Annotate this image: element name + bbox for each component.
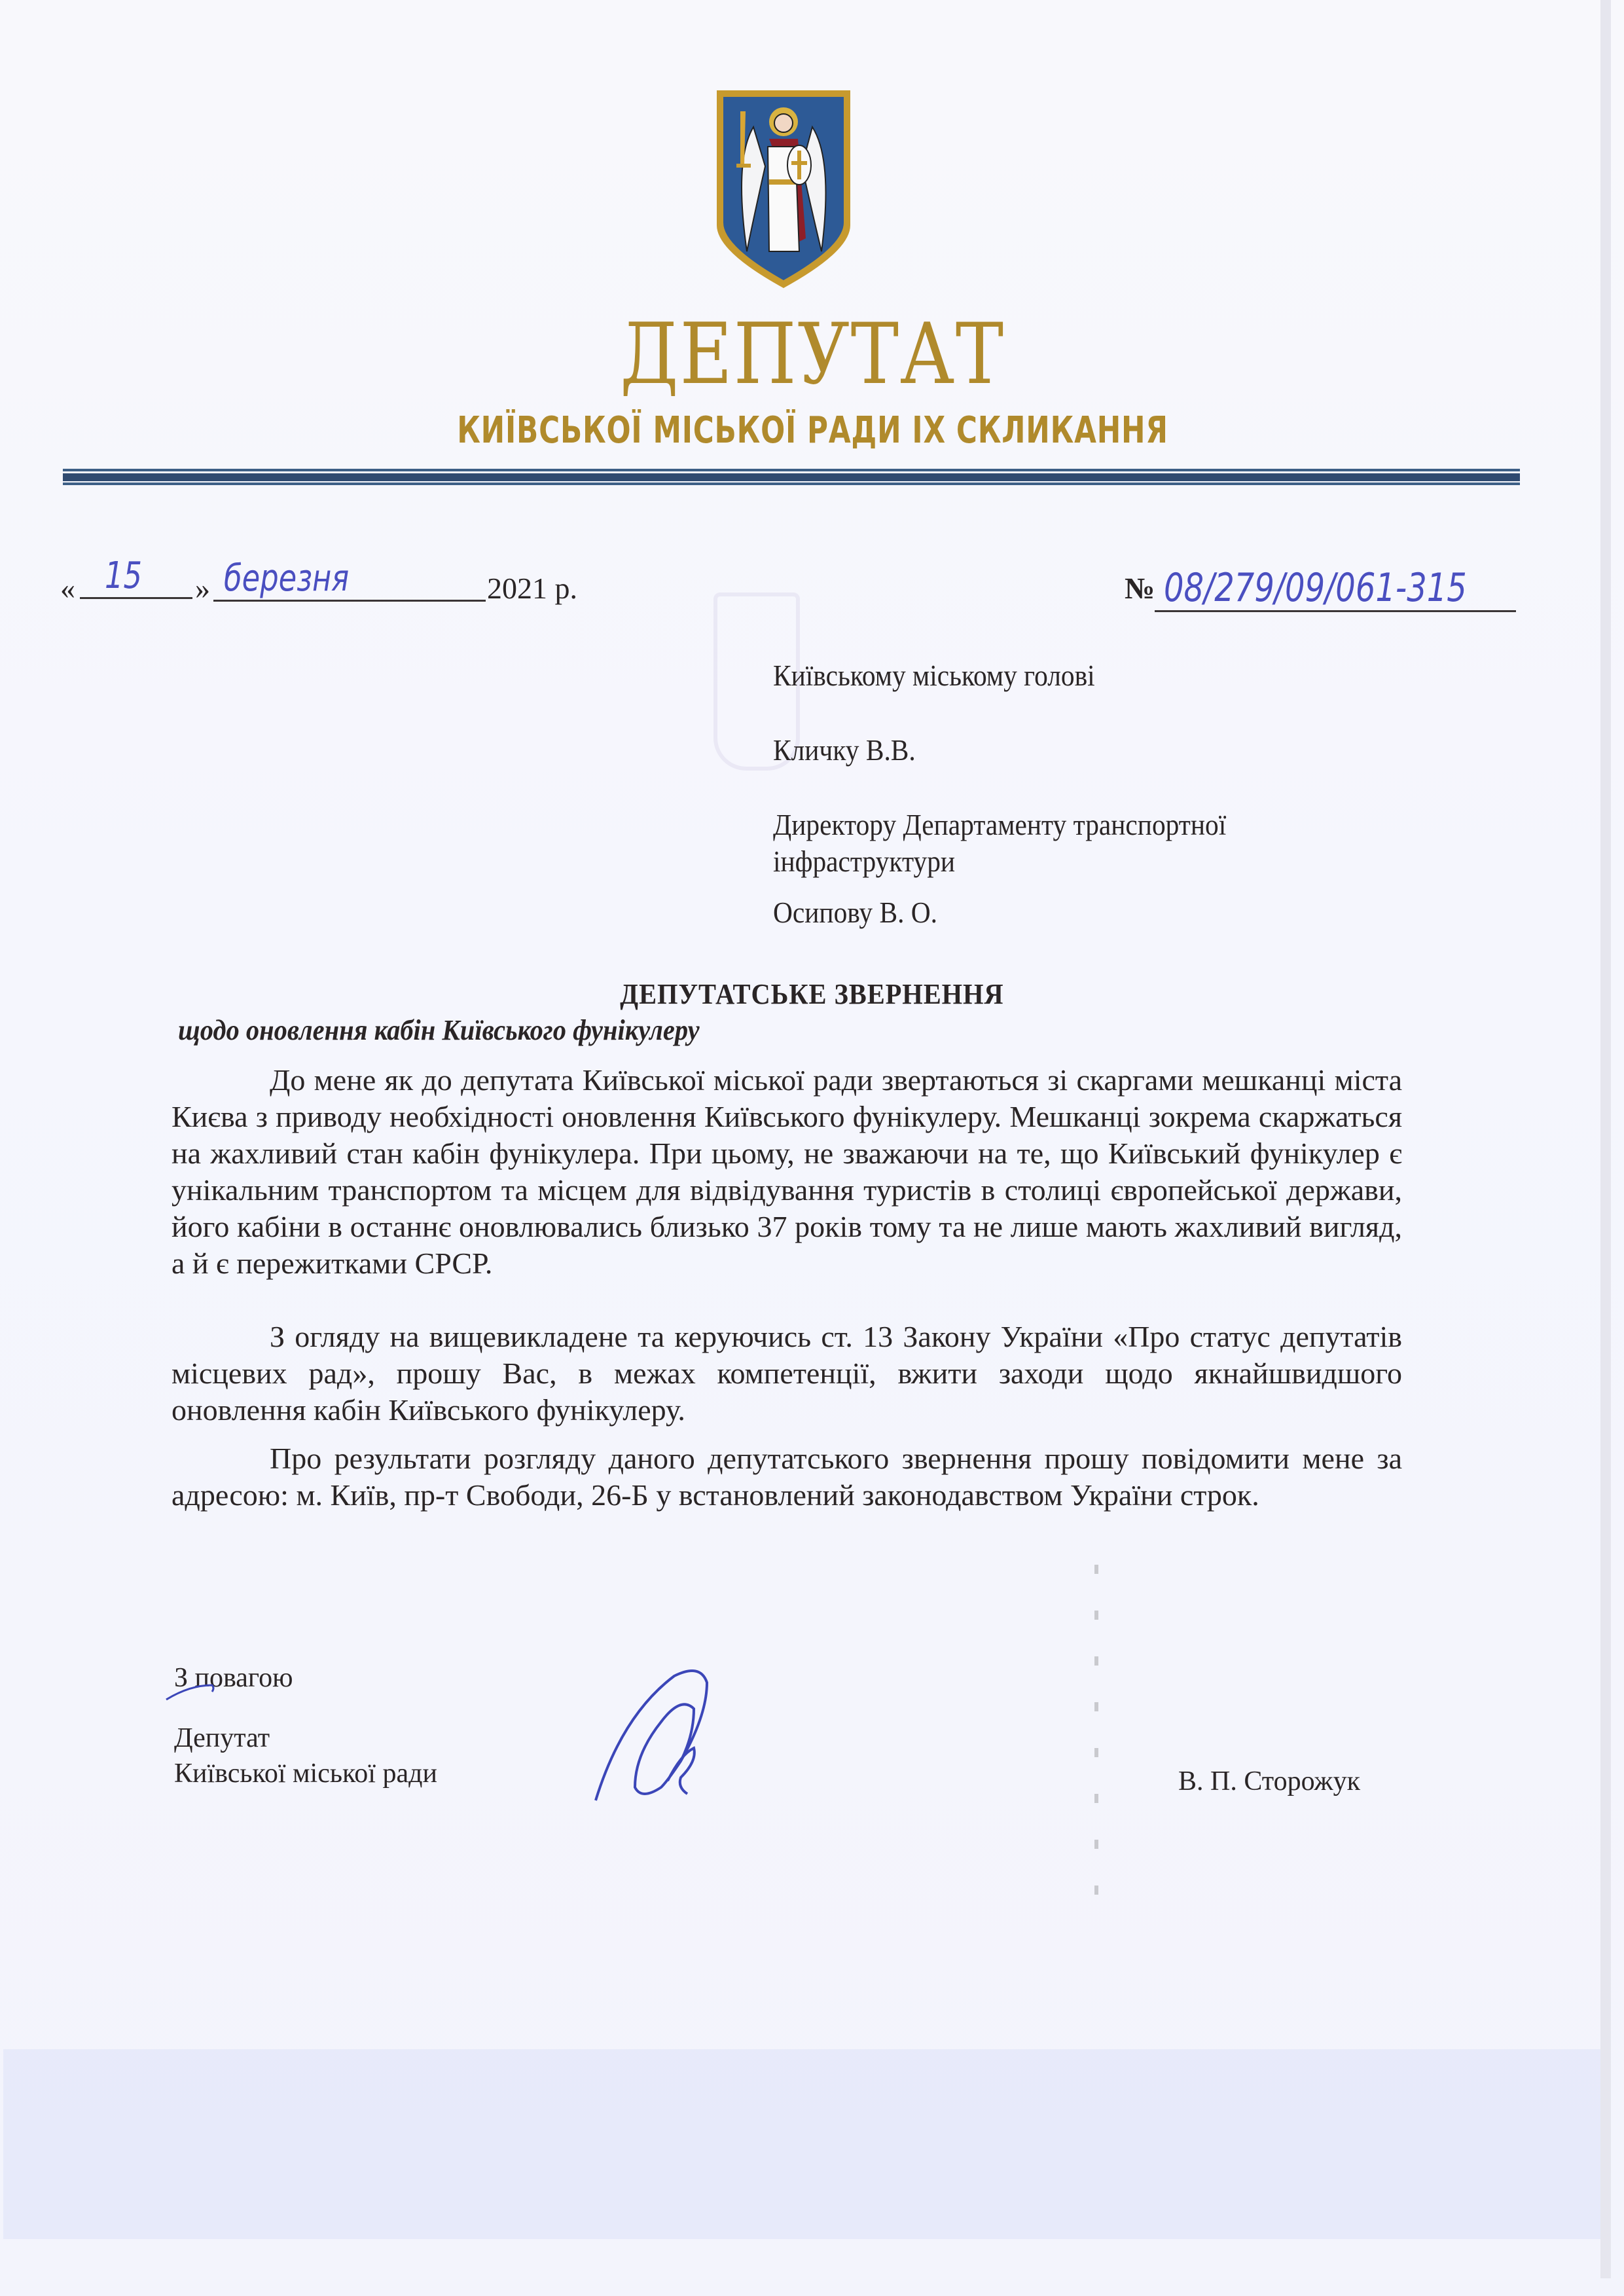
date-day-handwritten: 15 <box>105 558 142 594</box>
document-heading: ДЕПУТАТСЬКЕ ЗВЕРНЕННЯ <box>65 977 1559 1011</box>
addressee-line: Директору Департаменту транспортної <box>773 807 1226 843</box>
reference-number-handwritten: 08/279/09/061-315 <box>1164 568 1467 608</box>
letterhead-title: ДЕПУТАТ <box>114 313 1511 397</box>
addressee-line: Кличку В.В. <box>773 732 916 769</box>
date-open-quote: « <box>60 574 75 604</box>
letterhead-subtitle: КИЇВСЬКОЇ МІСЬКОЇ РАДИ IX СКЛИКАННЯ <box>179 412 1446 449</box>
kyiv-coat-of-arms-icon <box>714 88 853 291</box>
reference-number-sign: № <box>1125 574 1155 604</box>
letterhead-divider <box>63 469 1520 485</box>
date-month-underline <box>213 600 486 602</box>
date-year: 2021 р. <box>487 574 577 604</box>
document-body: З огляду на вищевикладене та керуючись с… <box>171 1319 1402 1429</box>
signer-position: Депутат <box>174 1724 270 1752</box>
handwritten-signature-icon <box>583 1656 740 1807</box>
date-month-handwritten: березня <box>224 560 349 597</box>
addressee-line: Київському міському голові <box>773 657 1095 694</box>
letter-page: ДЕПУТАТ КИЇВСЬКОЇ МІСЬКОЇ РАДИ IX СКЛИКА… <box>0 0 1624 2296</box>
document-body: До мене як до депутата Київської міської… <box>171 1062 1402 1282</box>
addressee-line: інфраструктури <box>773 843 955 880</box>
document-subject: щодо оновлення кабін Київського фунікуле… <box>178 1013 700 1047</box>
date-close-quote: » <box>195 574 210 604</box>
scan-artifact-band <box>3 2049 1600 2239</box>
addressee-line: Осипову В. О. <box>773 894 937 931</box>
signer-name: В. П. Сторожук <box>1178 1768 1360 1795</box>
scan-edge <box>1600 0 1611 2278</box>
body-paragraph: З огляду на вищевикладене та керуючись с… <box>171 1319 1402 1429</box>
body-paragraph: До мене як до депутата Київської міської… <box>171 1062 1402 1282</box>
document-body: Про результати розгляду даного депутатсь… <box>171 1440 1402 1514</box>
date-day-underline <box>80 597 192 599</box>
body-paragraph: Про результати розгляду даного депутатсь… <box>171 1440 1402 1514</box>
scan-artifact-specks <box>1094 1565 1098 1931</box>
closing-flourish-icon <box>164 1676 216 1702</box>
signer-council: Київської міської ради <box>174 1760 437 1787</box>
